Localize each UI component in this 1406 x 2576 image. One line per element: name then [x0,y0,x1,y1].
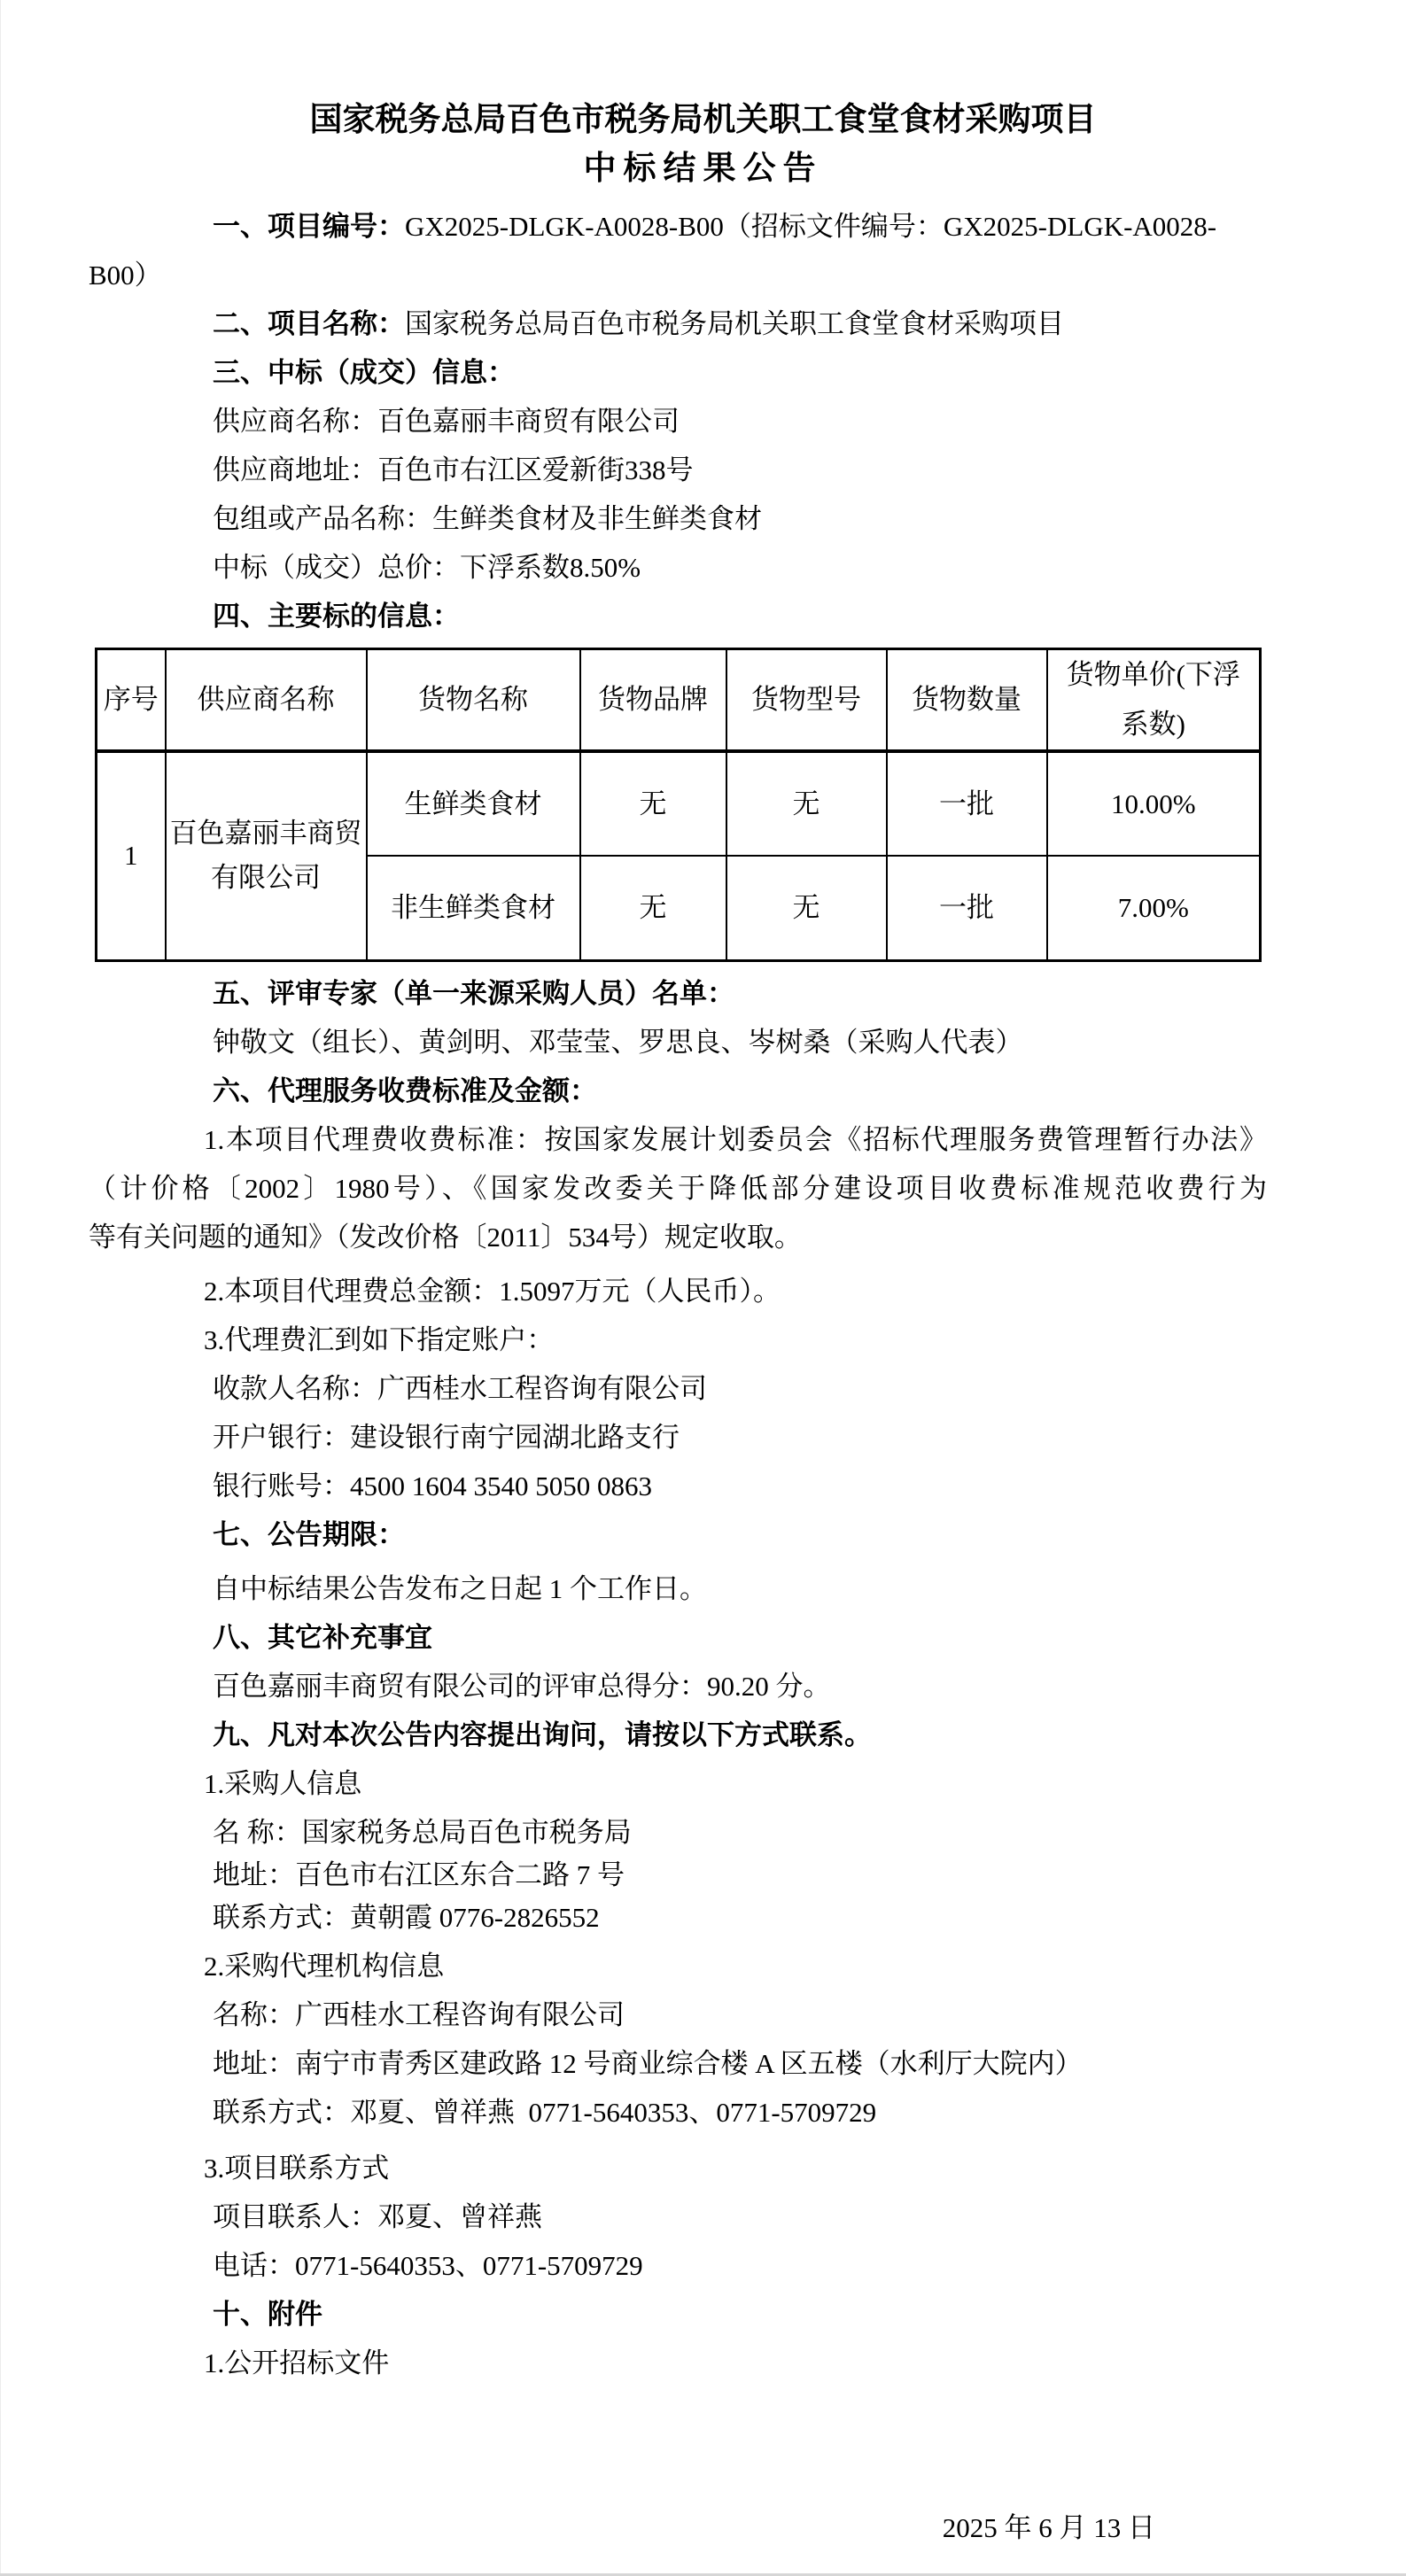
section-7-heading: 七、公告期限： [89,1510,1267,1559]
cell-goods-model: 无 [726,751,887,856]
header-supplier: 供应商名称 [166,649,367,752]
cell-goods-brand: 无 [580,751,726,856]
table-row: 1 百色嘉丽丰商贸有限公司 生鲜类食材 无 无 一批 10.00% [97,751,1261,856]
header-unit-price-line2: 系数) [1048,700,1260,749]
award-total-line: 中标（成交）总价：下浮系数8.50% [89,543,1267,592]
project-phone-line: 电话：0771-5640353、0771-5709729 [89,2241,1267,2290]
page-left-edge [0,0,1,2576]
fee-total-line: 2.本项目代理费总金额：1.5097万元（人民币）。 [89,1267,1267,1315]
fee-standard-line3: 等有关问题的通知》（发改价格〔2011〕534号）规定收取。 [89,1213,1267,1261]
agency-address-line: 地址：南宁市青秀区建政路 12 号商业综合楼 A 区五楼（水利厅大院内） [89,2039,1267,2088]
buyer-contact-line: 联系方式：黄朝霞 0776-2826552 [89,1893,1267,1942]
section-9-heading: 九、凡对本次公告内容提出询问，请按以下方式联系。 [89,1711,1267,1759]
experts-list-line: 钟敬文（组长）、黄剑明、邓莹莹、罗思良、岑树桑（采购人代表） [89,1018,1267,1067]
buyer-info-title: 1.采购人信息 [89,1759,1267,1808]
cell-goods-brand: 无 [580,856,726,960]
project-contact-title: 3.项目联系方式 [89,2144,1267,2192]
document-title-line2: 中标结果公告 [89,144,1317,193]
document-title-line1: 国家税务总局百色市税务局机关职工食堂食材采购项目 [89,96,1317,144]
fee-standard-line1: 1.本项目代理费收费标准：按国家发展计划委员会《招标代理服务费管理暂行办法》 [89,1115,1267,1164]
header-unit-price-line1: 货物单价(下浮 [1048,650,1260,700]
project-contact-person-line: 项目联系人：邓夏、曾祥燕 [89,2192,1267,2241]
section-10-heading: 十、附件 [89,2290,1267,2339]
supplier-name-line: 供应商名称：百色嘉丽丰商贸有限公司 [89,397,1267,446]
announcement-period-line: 自中标结果公告发布之日起 1 个工作日。 [89,1564,1267,1613]
section-2-label: 二、项目名称： [213,308,405,339]
review-score-line: 百色嘉丽丰商贸有限公司的评审总得分：90.20 分。 [89,1662,1267,1711]
header-goods-model: 货物型号 [726,649,887,752]
cell-supplier: 百色嘉丽丰商贸有限公司 [166,751,367,960]
buyer-address-line: 地址：百色市右江区东合二路 7 号 [89,1857,1267,1893]
section-4-heading: 四、主要标的信息： [89,592,1267,640]
account-intro-line: 3.代理费汇到如下指定账户： [89,1315,1267,1364]
bank-name-line: 开户银行：建设银行南宁园湖北路支行 [89,1413,1267,1462]
attachment-line: 1.公开招标文件 [89,2339,1267,2387]
agency-name-line: 名称：广西桂水工程咨询有限公司 [89,1990,1267,2039]
section-2-value: 国家税务总局百色市税务局机关职工食堂食材采购项目 [405,308,1064,339]
payee-name-line: 收款人名称：广西桂水工程咨询有限公司 [89,1364,1267,1413]
header-goods-brand: 货物品牌 [580,649,726,752]
cell-unit-price: 7.00% [1047,856,1261,960]
agency-contact-line: 联系方式：邓夏、曾祥燕 0771-5640353、0771-5709729 [89,2088,1267,2137]
section-8-heading: 八、其它补充事宜 [89,1613,1267,1662]
supplier-address-line: 供应商地址：百色市右江区爱新街338号 [89,446,1267,494]
section-1-label: 一、项目编号： [213,211,405,242]
package-name-line: 包组或产品名称：生鲜类食材及非生鲜类食材 [89,494,1267,543]
announcement-date: 2025 年 6 月 13 日 [89,2503,1155,2552]
section-2-project-name: 二、项目名称：国家税务总局百色市税务局机关职工食堂食材采购项目 [89,299,1267,348]
section-5-heading: 五、评审专家（单一来源采购人员）名单： [89,969,1267,1018]
cell-goods-name: 非生鲜类食材 [367,856,580,960]
bank-account-line: 银行账号：4500 1604 3540 5050 0863 [89,1462,1267,1510]
buyer-name-line: 名 称：国家税务总局百色市税务局 [89,1808,1267,1857]
fee-standard-line2: （计价格〔2002〕1980号）、《国家发改委关于降低部分建设项目收费标准规范收… [89,1164,1267,1213]
header-unit-price: 货物单价(下浮 系数) [1047,649,1261,752]
header-goods-quantity: 货物数量 [887,649,1047,752]
section-3-heading: 三、中标（成交）信息： [89,348,1267,397]
cell-seq-no: 1 [97,751,166,960]
cell-unit-price: 10.00% [1047,751,1261,856]
agency-info-title: 2.采购代理机构信息 [89,1942,1267,1990]
cell-goods-name: 生鲜类食材 [367,751,580,856]
section-6-heading: 六、代理服务收费标准及金额： [89,1067,1267,1115]
cell-goods-quantity: 一批 [887,751,1047,856]
header-seq-no: 序号 [97,649,166,752]
section-1-project-number: 一、项目编号：GX2025-DLGK-A0028-B00（招标文件编号：GX20… [89,202,1267,299]
header-goods-name: 货物名称 [367,649,580,752]
announcement-document: 国家税务总局百色市税务局机关职工食堂食材采购项目 中标结果公告 一、项目编号：G… [0,0,1406,2576]
cell-goods-model: 无 [726,856,887,960]
award-items-table: 序号 供应商名称 货物名称 货物品牌 货物型号 货物数量 货物单价(下浮 系数)… [95,648,1262,962]
cell-goods-quantity: 一批 [887,856,1047,960]
table-header-row: 序号 供应商名称 货物名称 货物品牌 货物型号 货物数量 货物单价(下浮 系数) [97,649,1261,752]
